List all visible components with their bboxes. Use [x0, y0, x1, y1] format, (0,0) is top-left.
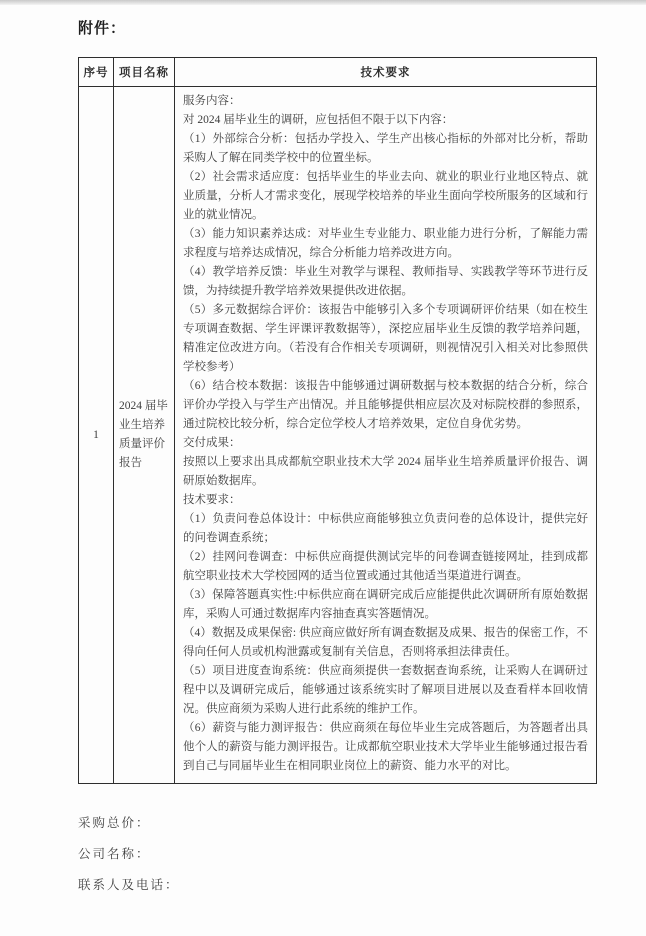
requirement-paragraph: （1）外部综合分析：包括办学投入、学生产出核心指标的外部对比分析，帮助采购人了解… [183, 130, 588, 168]
document-page: 附件： 序号 项目名称 技术要求 1 2024 届毕业生培养质量评价报告 [0, 0, 646, 936]
requirement-paragraph: （4）教学培养反馈：毕业生对教学与课程、教师指导、实践教学等环节进行反馈，为持续… [183, 263, 588, 301]
company-name-label: 公司名称： [78, 844, 596, 862]
requirement-paragraph: （5）项目进度查询系统：供应商须提供一套数据查询系统，让采购人在调研过程中以及调… [183, 662, 588, 719]
requirement-paragraph: 按照以上要求出具成都航空职业技术大学 2024 届毕业生培养质量评价报告、调研原… [183, 453, 588, 491]
attachment-title: 附件： [78, 17, 596, 38]
serial-number-cell: 1 [79, 87, 114, 784]
total-price-label: 采购总价： [78, 813, 596, 831]
table-row: 1 2024 届毕业生培养质量评价报告 服务内容：对 2024 届毕业生的调研，… [79, 87, 597, 784]
requirement-paragraph: （5）多元数据综合评价：该报告中能够引入多个专项调研评价结果（如在校生专项调查数… [183, 301, 588, 377]
footer-fields: 采购总价： 公司名称： 联系人及电话： [78, 813, 596, 936]
document-content: 附件： 序号 项目名称 技术要求 1 2024 届毕业生培养质量评价报告 [0, 5, 646, 936]
requirement-paragraph: 服务内容： [183, 92, 588, 111]
requirement-paragraph: （4）数据及成果保密: 供应商应做好所有调查数据及成果、报告的保密工作，不得向任… [183, 624, 588, 662]
requirement-paragraph: （2）挂网问卷调查：中标供应商提供测试完毕的问卷调查链接网址，挂到成都航空职业技… [183, 548, 588, 586]
requirement-paragraph: （3）保障答题真实性:中标供应商在调研完成后应能提供此次调研所有原始数据库，采购… [183, 586, 588, 624]
requirement-paragraph: 交付成果： [183, 434, 588, 453]
requirement-paragraph: （2）社会需求适应度：包括毕业生的毕业去向、就业的职业行业地区特点、就业质量，分… [183, 168, 588, 225]
requirement-paragraph-list: 服务内容：对 2024 届毕业生的调研，应包括但不限于以下内容：（1）外部综合分… [183, 92, 588, 776]
requirement-paragraph: （6）结合校本数据：该报告中能够通过调研数据与校本数据的结合分析，综合评价办学投… [183, 377, 588, 434]
requirements-table: 序号 项目名称 技术要求 1 2024 届毕业生培养质量评价报告 服务内容：对 … [78, 57, 597, 784]
project-name-cell: 2024 届毕业生培养质量评价报告 [114, 87, 175, 784]
requirement-paragraph: 对 2024 届毕业生的调研，应包括但不限于以下内容： [183, 111, 588, 130]
table-header-row: 序号 项目名称 技术要求 [79, 58, 597, 87]
column-header-project-name: 项目名称 [114, 58, 175, 87]
column-header-technical-requirements: 技术要求 [175, 58, 597, 87]
requirement-paragraph: 技术要求： [183, 491, 588, 510]
requirement-paragraph: （1）负责问卷总体设计：中标供应商能够独立负责问卷的总体设计，提供完好的问卷调查… [183, 510, 588, 548]
requirement-paragraph: （3）能力知识素养达成：对毕业生专业能力、职业能力进行分析，了解能力需求程度与培… [183, 225, 588, 263]
column-header-serial: 序号 [79, 58, 114, 87]
technical-requirements-cell: 服务内容：对 2024 届毕业生的调研，应包括但不限于以下内容：（1）外部综合分… [175, 87, 597, 784]
contact-phone-label: 联系人及电话： [78, 875, 596, 893]
requirement-paragraph: （6）薪资与能力测评报告：供应商须在每位毕业生完成答题后，为答题者出具他个人的薪… [183, 719, 588, 776]
